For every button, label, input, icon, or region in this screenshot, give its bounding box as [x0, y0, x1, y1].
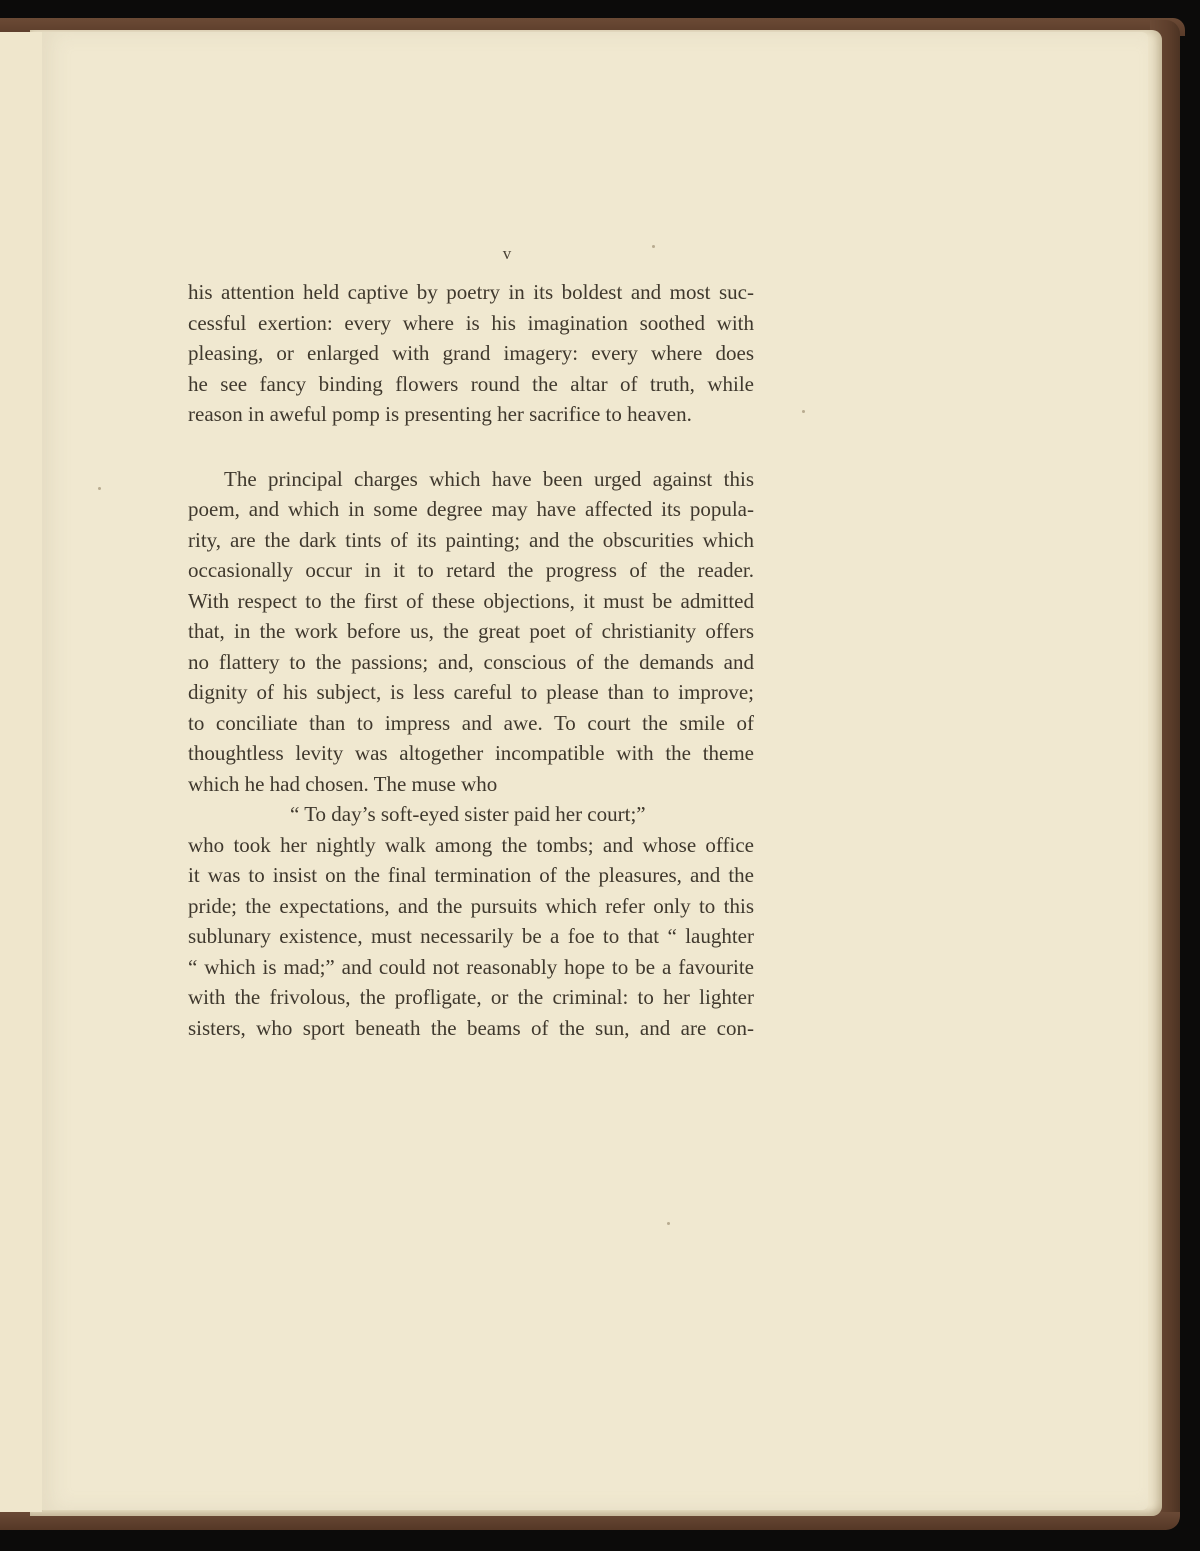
text-line: that, in the work before us, the great p… [188, 616, 754, 647]
paragraph-2: The principal charges which have been ur… [188, 464, 754, 1044]
text-line: occasionally occur in it to retard the p… [188, 555, 754, 586]
text-line: no flattery to the passions; and, consci… [188, 647, 754, 678]
text-line: his attention held captive by poetry in … [188, 277, 754, 308]
quoted-verse: “ To day’s soft-eyed sister paid her cou… [188, 799, 754, 830]
paper-speck [98, 487, 101, 490]
text-line: sublunary existence, must necessarily be… [188, 921, 754, 952]
paper-speck [652, 245, 655, 248]
text-line: which he had chosen. The muse who [188, 769, 754, 800]
paper-speck [802, 410, 805, 413]
text-line: pride; the expectations, and the pursuit… [188, 891, 754, 922]
text-line: he see fancy binding flowers round the a… [188, 369, 754, 400]
text-line: The principal charges which have been ur… [188, 464, 754, 495]
text-line: poem, and which in some degree may have … [188, 494, 754, 525]
text-line: sisters, who sport beneath the beams of … [188, 1013, 754, 1044]
text-line: cessful exertion: every where is his ima… [188, 308, 754, 339]
text-line: dignity of his subject, is less careful … [188, 677, 754, 708]
text-line: With respect to the first of these objec… [188, 586, 754, 617]
text-line: pleasing, or enlarged with grand imagery… [188, 338, 754, 369]
text-line: “ which is mad;” and could not reasonabl… [188, 952, 754, 983]
text-line: who took her nightly walk among the tomb… [188, 830, 754, 861]
text-line: thoughtless levity was altogether incomp… [188, 738, 754, 769]
book-page: v his attention held captive by poetry i… [42, 32, 1148, 1510]
paragraph-1: his attention held captive by poetry in … [188, 277, 754, 430]
text-line: rity, are the dark tints of its painting… [188, 525, 754, 556]
paper-speck [667, 1222, 670, 1225]
left-facing-leaf [0, 32, 43, 1512]
text-line: with the frivolous, the profligate, or t… [188, 982, 754, 1013]
paragraph-gap [188, 430, 754, 464]
text-line: reason in aweful pomp is presenting her … [188, 399, 754, 430]
page-number: v [492, 244, 522, 264]
text-block: his attention held captive by poetry in … [188, 277, 754, 1043]
text-line: it was to insist on the final terminatio… [188, 860, 754, 891]
text-line: to conciliate than to impress and awe. T… [188, 708, 754, 739]
